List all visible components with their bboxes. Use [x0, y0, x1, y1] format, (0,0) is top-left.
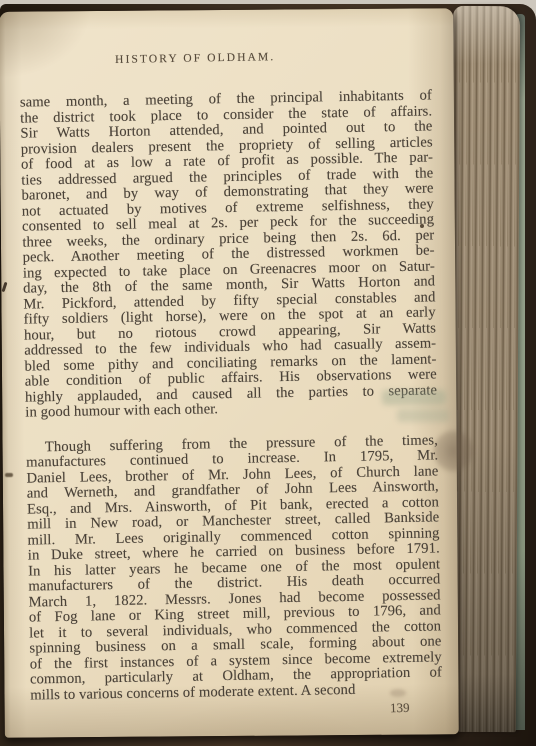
printed-content: HISTORY OF OLDHAM. same month, a meeting… [20, 88, 443, 722]
page-number: 139 [30, 699, 442, 722]
page-text: same month, a meeting of the principal i… [20, 88, 443, 703]
book-page: HISTORY OF OLDHAM. same month, a meeting… [0, 8, 459, 738]
paragraph: Though suffering from the pressure of th… [26, 433, 443, 704]
paragraph: same month, a meeting of the principal i… [20, 88, 438, 421]
running-header: HISTORY OF OLDHAM. [0, 49, 391, 68]
page-edges-stack [449, 6, 520, 732]
book-photo: HISTORY OF OLDHAM. same month, a meeting… [0, 0, 536, 746]
